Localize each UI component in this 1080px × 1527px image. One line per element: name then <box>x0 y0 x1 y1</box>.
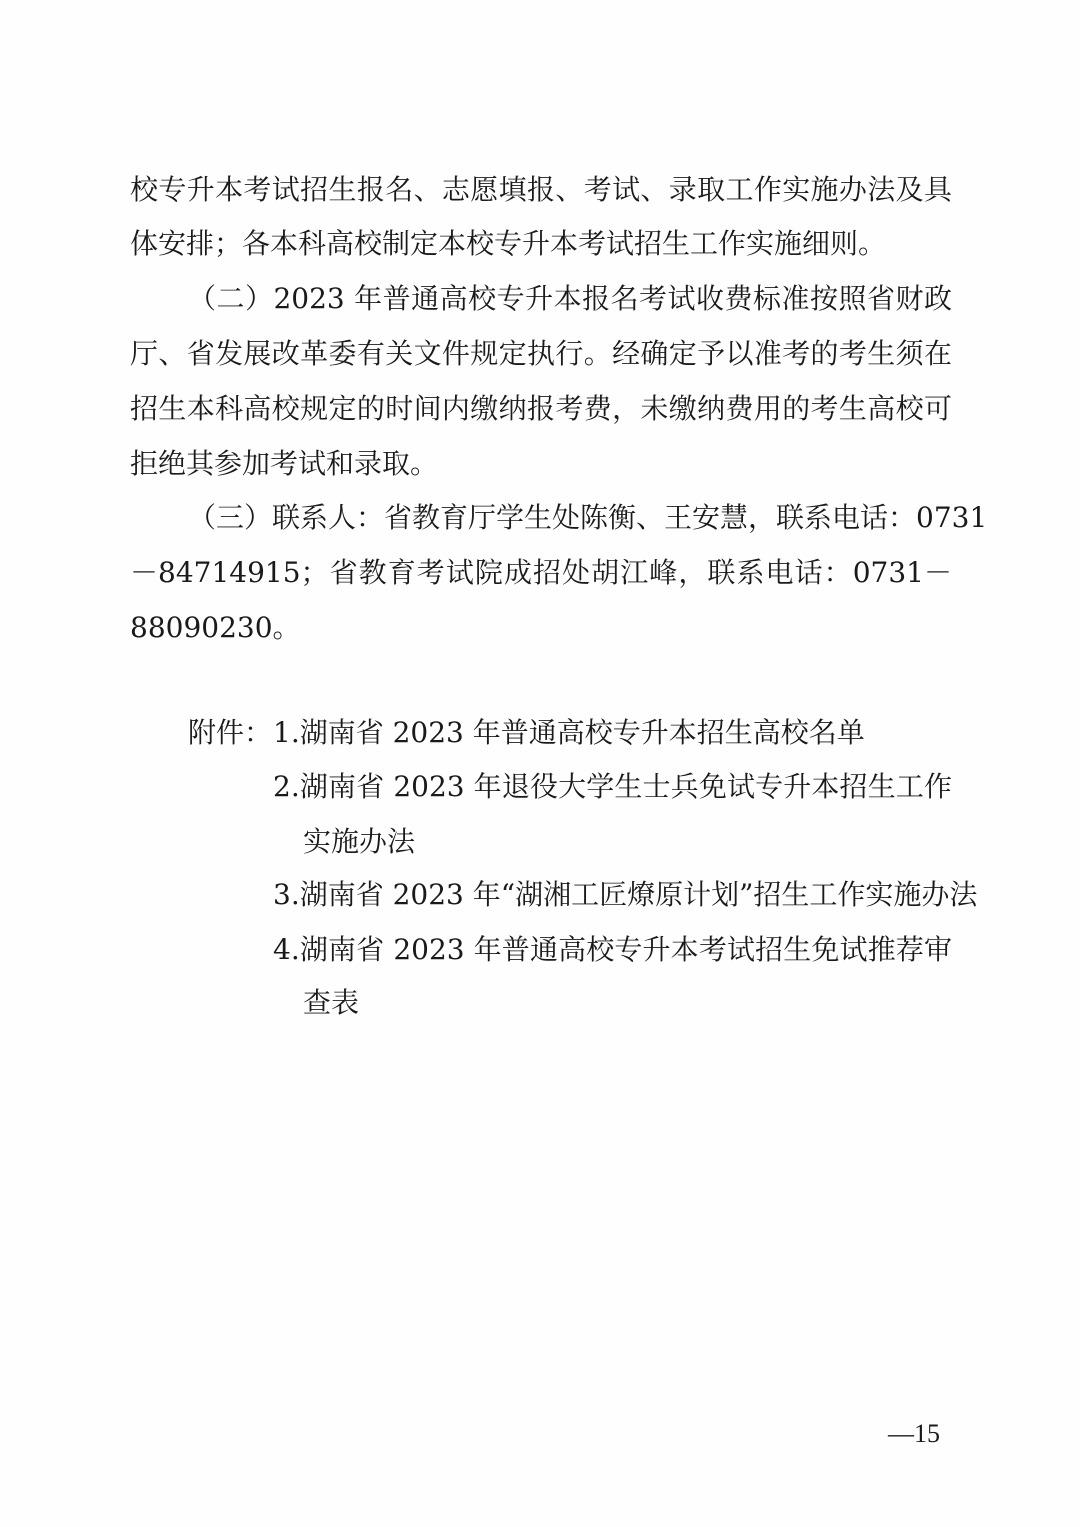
page-number: —15 <box>888 1416 940 1452</box>
attachments-label: 附件： <box>188 715 272 751</box>
paragraph-line: 体安排；各本科高校制定本校专升本考试招生工作实施细则。 <box>130 226 952 262</box>
paragraph-line: 招生本科高校规定的时间内缴纳报考费，未缴纳费用的考生高校可 <box>130 391 952 427</box>
paragraph-line: 拒绝其参加考试和录取。 <box>130 446 952 482</box>
attachment-item-4-continuation: 查表 <box>303 985 359 1021</box>
paragraph-line: －84714915；省教育考试院成招处胡江峰，联系电话：0731－ <box>130 555 952 591</box>
paragraph-line: （三）联系人：省教育厅学生处陈衡、王安慧，联系电话：0731 <box>188 500 952 536</box>
paragraph-line: 校专升本考试招生报名、志愿填报、考试、录取工作实施办法及具 <box>130 172 952 208</box>
attachment-item-2: 2.湖南省 2023 年退役大学生士兵免试专升本招生工作 <box>273 769 952 805</box>
attachment-item-3: 3.湖南省 2023 年“湖湘工匠燎原计划”招生工作实施办法 <box>273 877 952 913</box>
attachment-item-1: 1.湖南省 2023 年普通高校专升本招生高校名单 <box>273 715 952 751</box>
attachment-item-4: 4.湖南省 2023 年普通高校专升本考试招生免试推荐审 <box>273 932 952 968</box>
document-page: 校专升本考试招生报名、志愿填报、考试、录取工作实施办法及具 体安排；各本科高校制… <box>0 0 1080 1527</box>
paragraph-line: 厅、省发展改革委有关文件规定执行。经确定予以准考的考生须在 <box>130 336 952 372</box>
paragraph-line: 88090230。 <box>130 610 952 646</box>
paragraph-line: （二）2023 年普通高校专升本报名考试收费标准按照省财政 <box>188 281 952 317</box>
attachment-item-2-continuation: 实施办法 <box>303 824 415 860</box>
